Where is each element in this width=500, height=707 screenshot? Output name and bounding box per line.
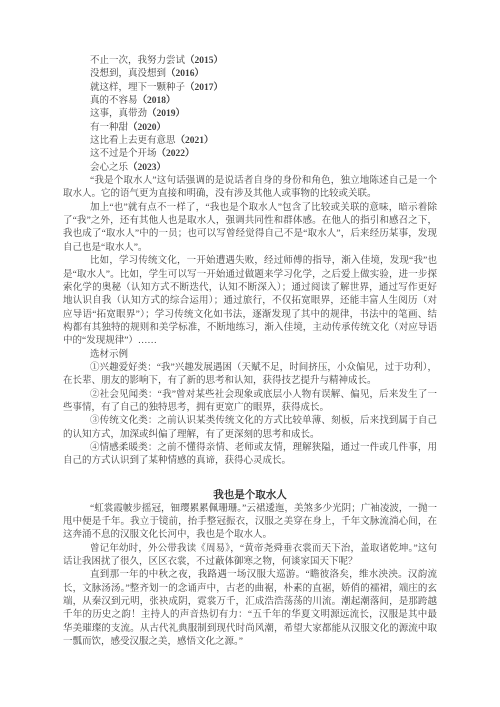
- document-page: 不止一次，我努力尝试（2015） 没想到，真没想到（2016） 就这样，埋下一颗…: [0, 0, 500, 707]
- past-title-text: 有一种甜: [90, 123, 128, 133]
- essay-paragraph: 直到那一年的中秋之夜，我路遇一场汉服大巡游。“瞻彼洛矣，维水泱泱。汉韵流长，文脉…: [63, 569, 437, 649]
- material-example-item: ②社会见闻类：“我”曾对某些社会现象或底层小人物有误解、偏见，后来发生了一些事情…: [63, 389, 437, 416]
- material-example-item: ④情感柔暖类：之前不懂得亲情、老师或友情，理解狭隘，通过一件或几件事，用自己的方…: [63, 442, 437, 469]
- past-title-item: 这不过是个开场（2022）: [63, 148, 437, 161]
- material-examples-heading: 选材示例: [63, 349, 437, 362]
- past-title-year: （2020）: [128, 123, 166, 133]
- analysis-section: “我是个取水人”这句话强调的是说话者自身的身份和角色，独立地陈述自己是一个取水人…: [63, 175, 437, 348]
- essay-section: 我也是个取水人 “虹裳霞帔步摇冠，钿璎累累佩珊珊。”云裙逶迤，美煞多少光阴；广袖…: [63, 489, 437, 650]
- past-title-text: 就这样，埋下一颗种子: [90, 83, 185, 93]
- past-title-year: （2015）: [185, 56, 223, 66]
- past-title-item: 这比看上去更有意思（2021）: [63, 135, 437, 148]
- past-title-text: 这事，真带劲: [90, 109, 147, 119]
- past-title-item: 有一种甜（2020）: [63, 122, 437, 135]
- past-title-item: 不止一次，我努力尝试（2015）: [63, 55, 437, 68]
- past-title-item: 真的不容易（2018）: [63, 95, 437, 108]
- past-title-year: （2016）: [166, 69, 204, 79]
- essay-paragraph: 曾记年幼时，外公带我读《周易》，“黄帝尧舜垂衣裳而天下治，盖取诸乾坤。”这句话让…: [63, 543, 437, 570]
- essay-title: 我也是个取水人: [63, 489, 437, 503]
- past-title-year: （2022）: [157, 149, 195, 159]
- essay-paragraph: “虹裳霞帔步摇冠，钿璎累累佩珊珊。”云裙逶迤，美煞多少光阴；广袖凌波，一抛一甩中…: [63, 503, 437, 543]
- past-title-text: 这比看上去更有意思: [90, 136, 176, 146]
- past-title-year: （2018）: [138, 96, 176, 106]
- past-title-year: （2019）: [147, 109, 185, 119]
- past-title-year: （2023）: [128, 163, 166, 173]
- past-title-item: 就这样，埋下一颗种子（2017）: [63, 82, 437, 95]
- past-essay-titles-list: 不止一次，我努力尝试（2015） 没想到，真没想到（2016） 就这样，埋下一颗…: [63, 55, 437, 175]
- material-examples-section: 选材示例 ①兴趣爱好类：“我”兴趣发展遇困（天赋不足，时间挤压，小众偏见，过于功…: [63, 349, 437, 469]
- past-title-year: （2021）: [176, 136, 214, 146]
- material-example-item: ①兴趣爱好类：“我”兴趣发展遇困（天赋不足，时间挤压，小众偏见，过于功利），在长…: [63, 362, 437, 389]
- past-title-year: （2017）: [185, 83, 223, 93]
- past-title-text: 不止一次，我努力尝试: [90, 56, 185, 66]
- past-title-text: 没想到，真没想到: [90, 69, 166, 79]
- material-example-item: ③传统文化类：之前认识某类传统文化的方式比较单薄、刻板，后来找到属于自己的认知方…: [63, 415, 437, 442]
- analysis-paragraph: 比如，学习传统文化，一开始遭遇失败，经过师傅的指导，渐入佳境，发现“我”也是“取…: [63, 255, 437, 348]
- past-title-text: 真的不容易: [90, 96, 138, 106]
- past-title-text: 这不过是个开场: [90, 149, 157, 159]
- analysis-paragraph: “我是个取水人”这句话强调的是说话者自身的身份和角色，独立地陈述自己是一个取水人…: [63, 175, 437, 202]
- past-title-item: 没想到，真没想到（2016）: [63, 68, 437, 81]
- past-title-item: 这事，真带劲（2019）: [63, 108, 437, 121]
- past-title-item: 会心之乐（2023）: [63, 162, 437, 175]
- past-title-text: 会心之乐: [90, 163, 128, 173]
- analysis-paragraph: 加上“也”就有点不一样了，“我也是个取水人”包含了比较或关联的意味，暗示着除了“…: [63, 202, 437, 255]
